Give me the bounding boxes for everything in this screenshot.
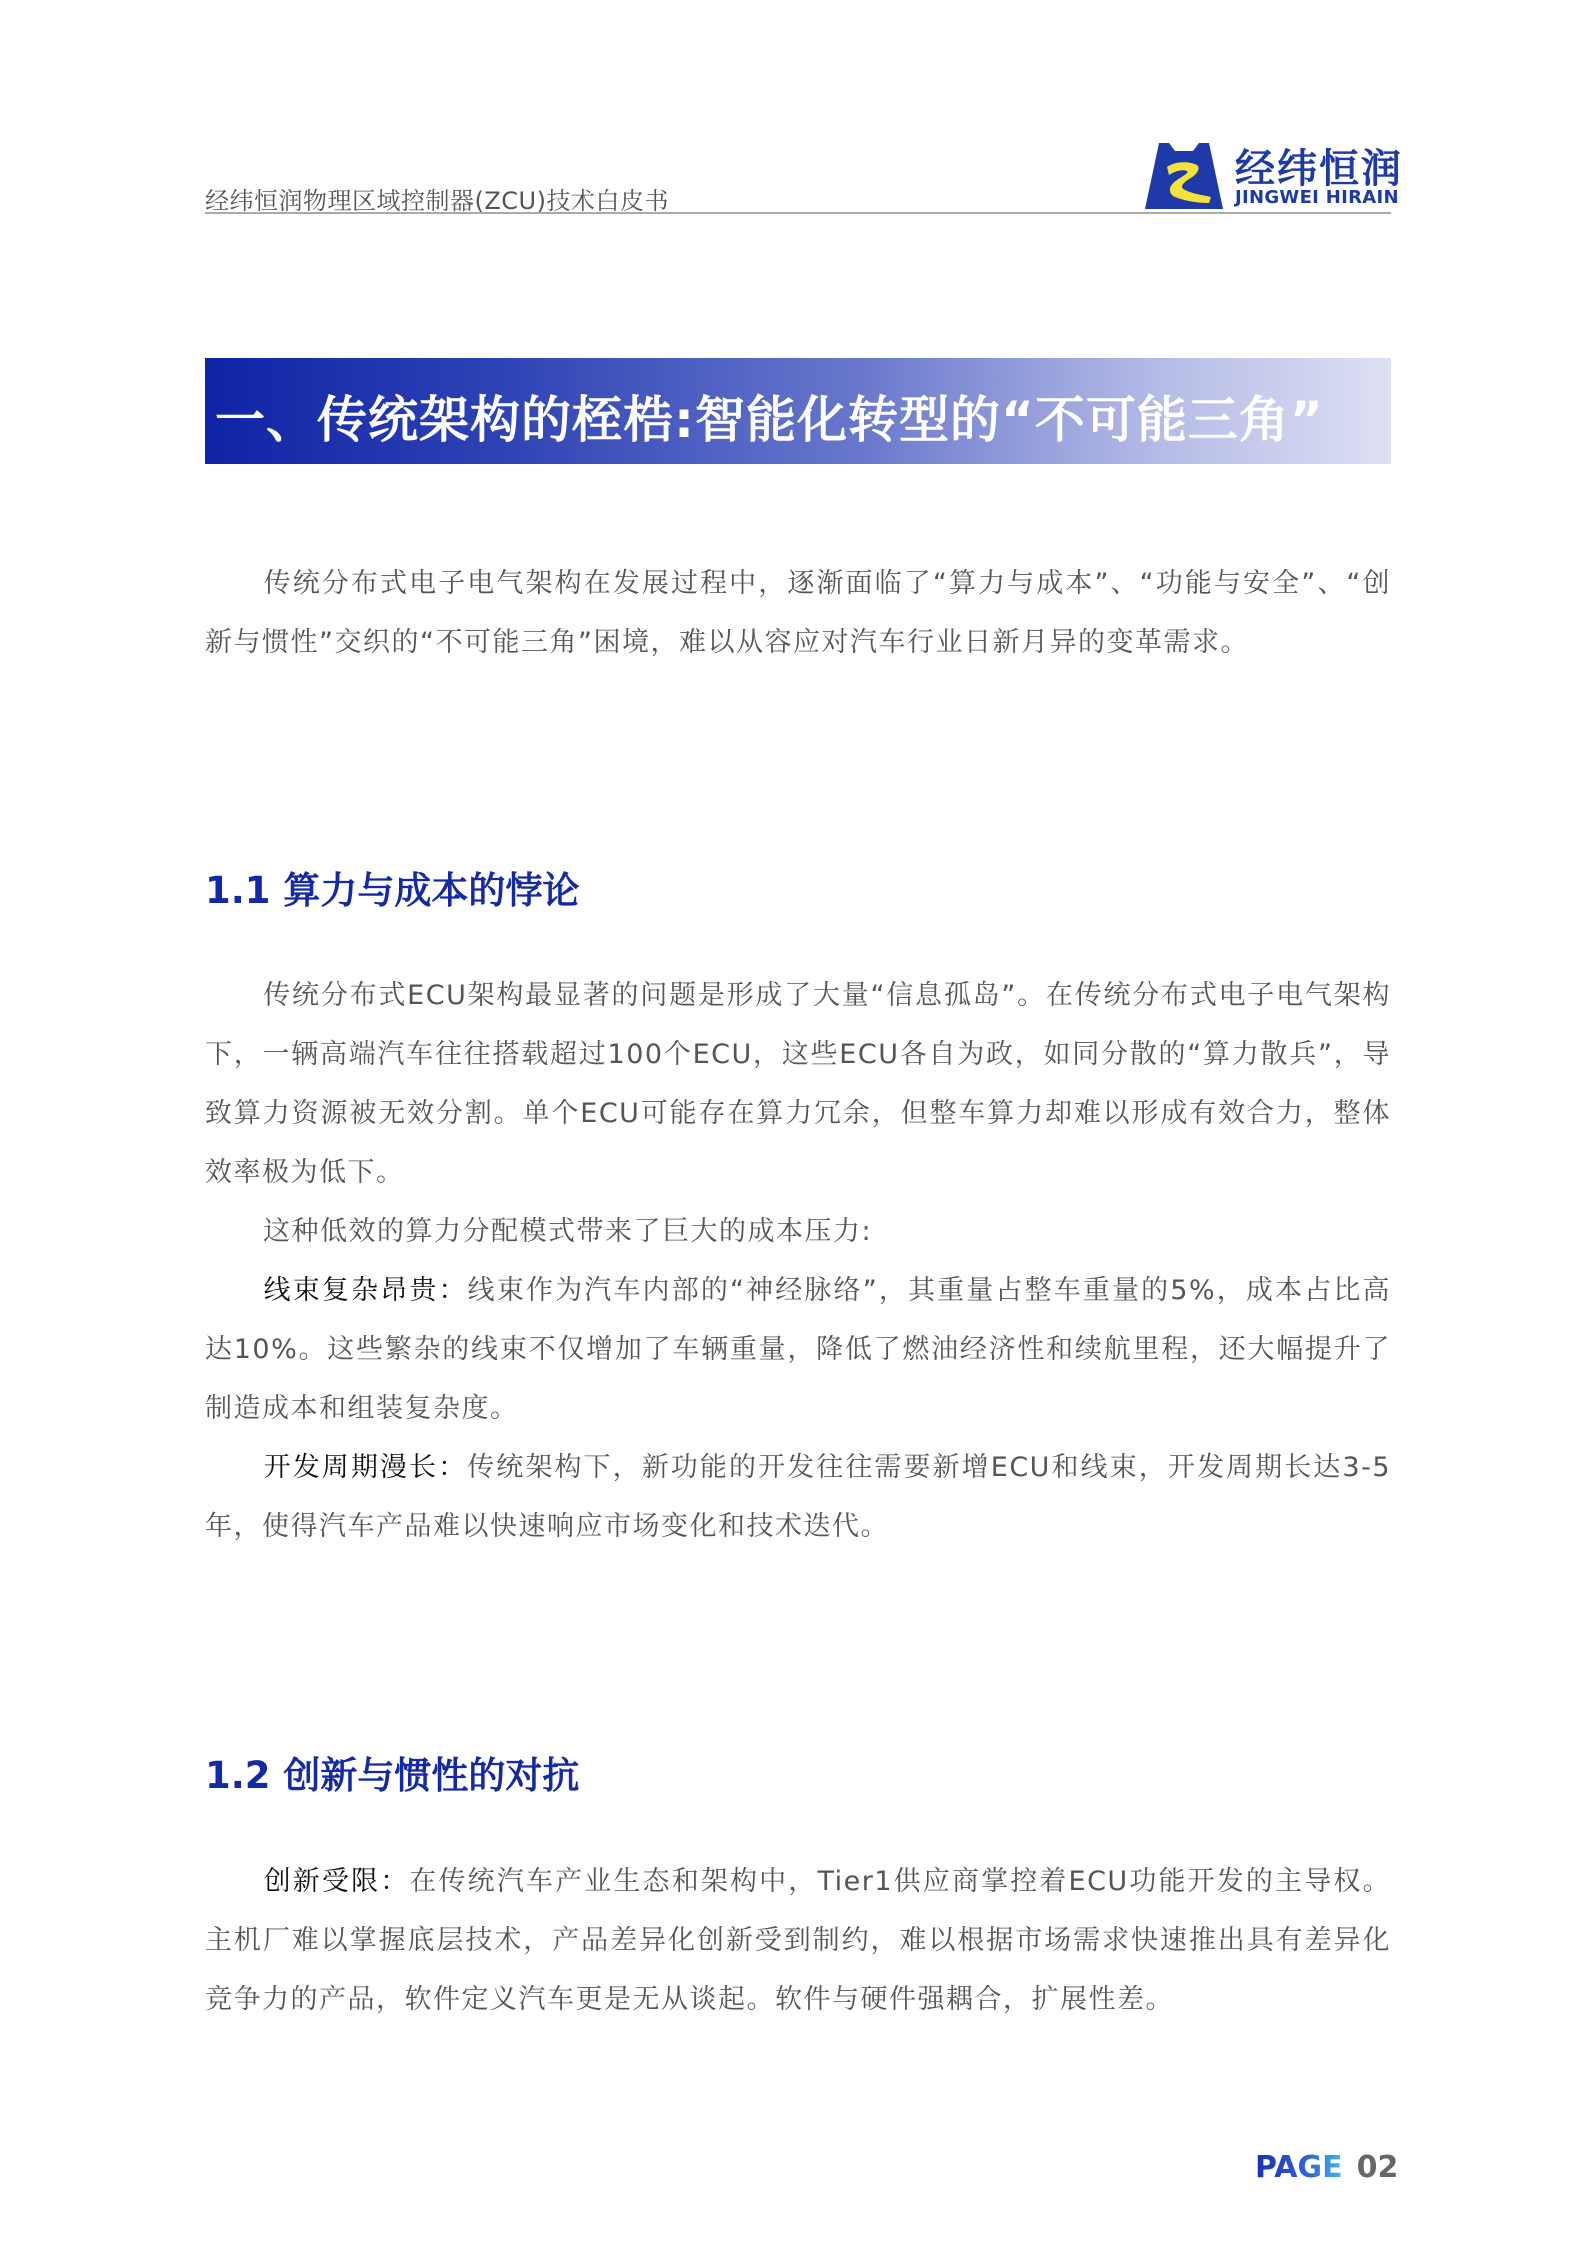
section-1-1-paragraph-2: 这种低效的算力分配模式带来了巨大的成本压力: — [205, 1202, 1391, 1261]
page-number: PAGE02 — [1255, 2150, 1398, 2185]
paragraph-lead: 线束复杂昂贵： — [263, 1275, 468, 1306]
intro-paragraph: 传统分布式电子电气架构在发展过程中，逐渐面临了“算力与成本”、“功能与安全”、“… — [205, 554, 1391, 672]
page-label: PAGE — [1255, 2150, 1343, 2185]
jingwei-hirain-logo-icon — [1145, 143, 1223, 209]
section-1-1-paragraph-1: 传统分布式ECU架构最显著的问题是形成了大量“信息孤岛”。在传统分布式电子电气架… — [205, 966, 1391, 1202]
section-1-1-paragraph-3: 线束复杂昂贵：线束作为汽车内部的“神经脉络”，其重量占整车重量的5%，成本占比高… — [205, 1261, 1391, 1438]
section-1-2-paragraph-1: 创新受限：在传统汽车产业生态和架构中，Tier1供应商掌控着ECU功能开发的主导… — [205, 1852, 1391, 2029]
paragraph-lead: 开发周期漫长： — [263, 1452, 467, 1483]
paragraph-text: 这种低效的算力分配模式带来了巨大的成本压力: — [263, 1216, 872, 1247]
header-divider — [205, 212, 1391, 214]
chapter-title: 一、传统架构的桎梏:智能化转型的“不可能三角” — [215, 380, 1324, 452]
section-heading-1-2: 1.2 创新与惯性的对抗 — [205, 1745, 579, 1799]
paragraph-text: 传统分布式ECU架构最显著的问题是形成了大量“信息孤岛”。在传统分布式电子电气架… — [205, 980, 1391, 1188]
company-logo: 经纬恒润 JINGWEI HIRAIN — [1145, 143, 1395, 211]
chapter-banner: 一、传统架构的桎梏:智能化转型的“不可能三角” — [205, 358, 1391, 464]
section-heading-1-1: 1.1 算力与成本的悖论 — [205, 860, 579, 914]
page-header: 经纬恒润物理区域控制器(ZCU)技术白皮书 经纬恒润 JINGWEI HIRAI… — [205, 0, 1391, 216]
logo-name-en: JINGWEI HIRAIN — [1235, 187, 1399, 208]
document-title: 经纬恒润物理区域控制器(ZCU)技术白皮书 — [205, 181, 669, 216]
paragraph-lead: 创新受限： — [263, 1866, 409, 1897]
intro-text: 传统分布式电子电气架构在发展过程中，逐渐面临了“算力与成本”、“功能与安全”、“… — [205, 568, 1391, 658]
logo-name-cn: 经纬恒润 — [1235, 137, 1403, 194]
section-1-1-paragraph-4: 开发周期漫长：传统架构下，新功能的开发往往需要新增ECU和线束，开发周期长达3-… — [205, 1438, 1391, 1556]
page-value: 02 — [1357, 2150, 1399, 2185]
